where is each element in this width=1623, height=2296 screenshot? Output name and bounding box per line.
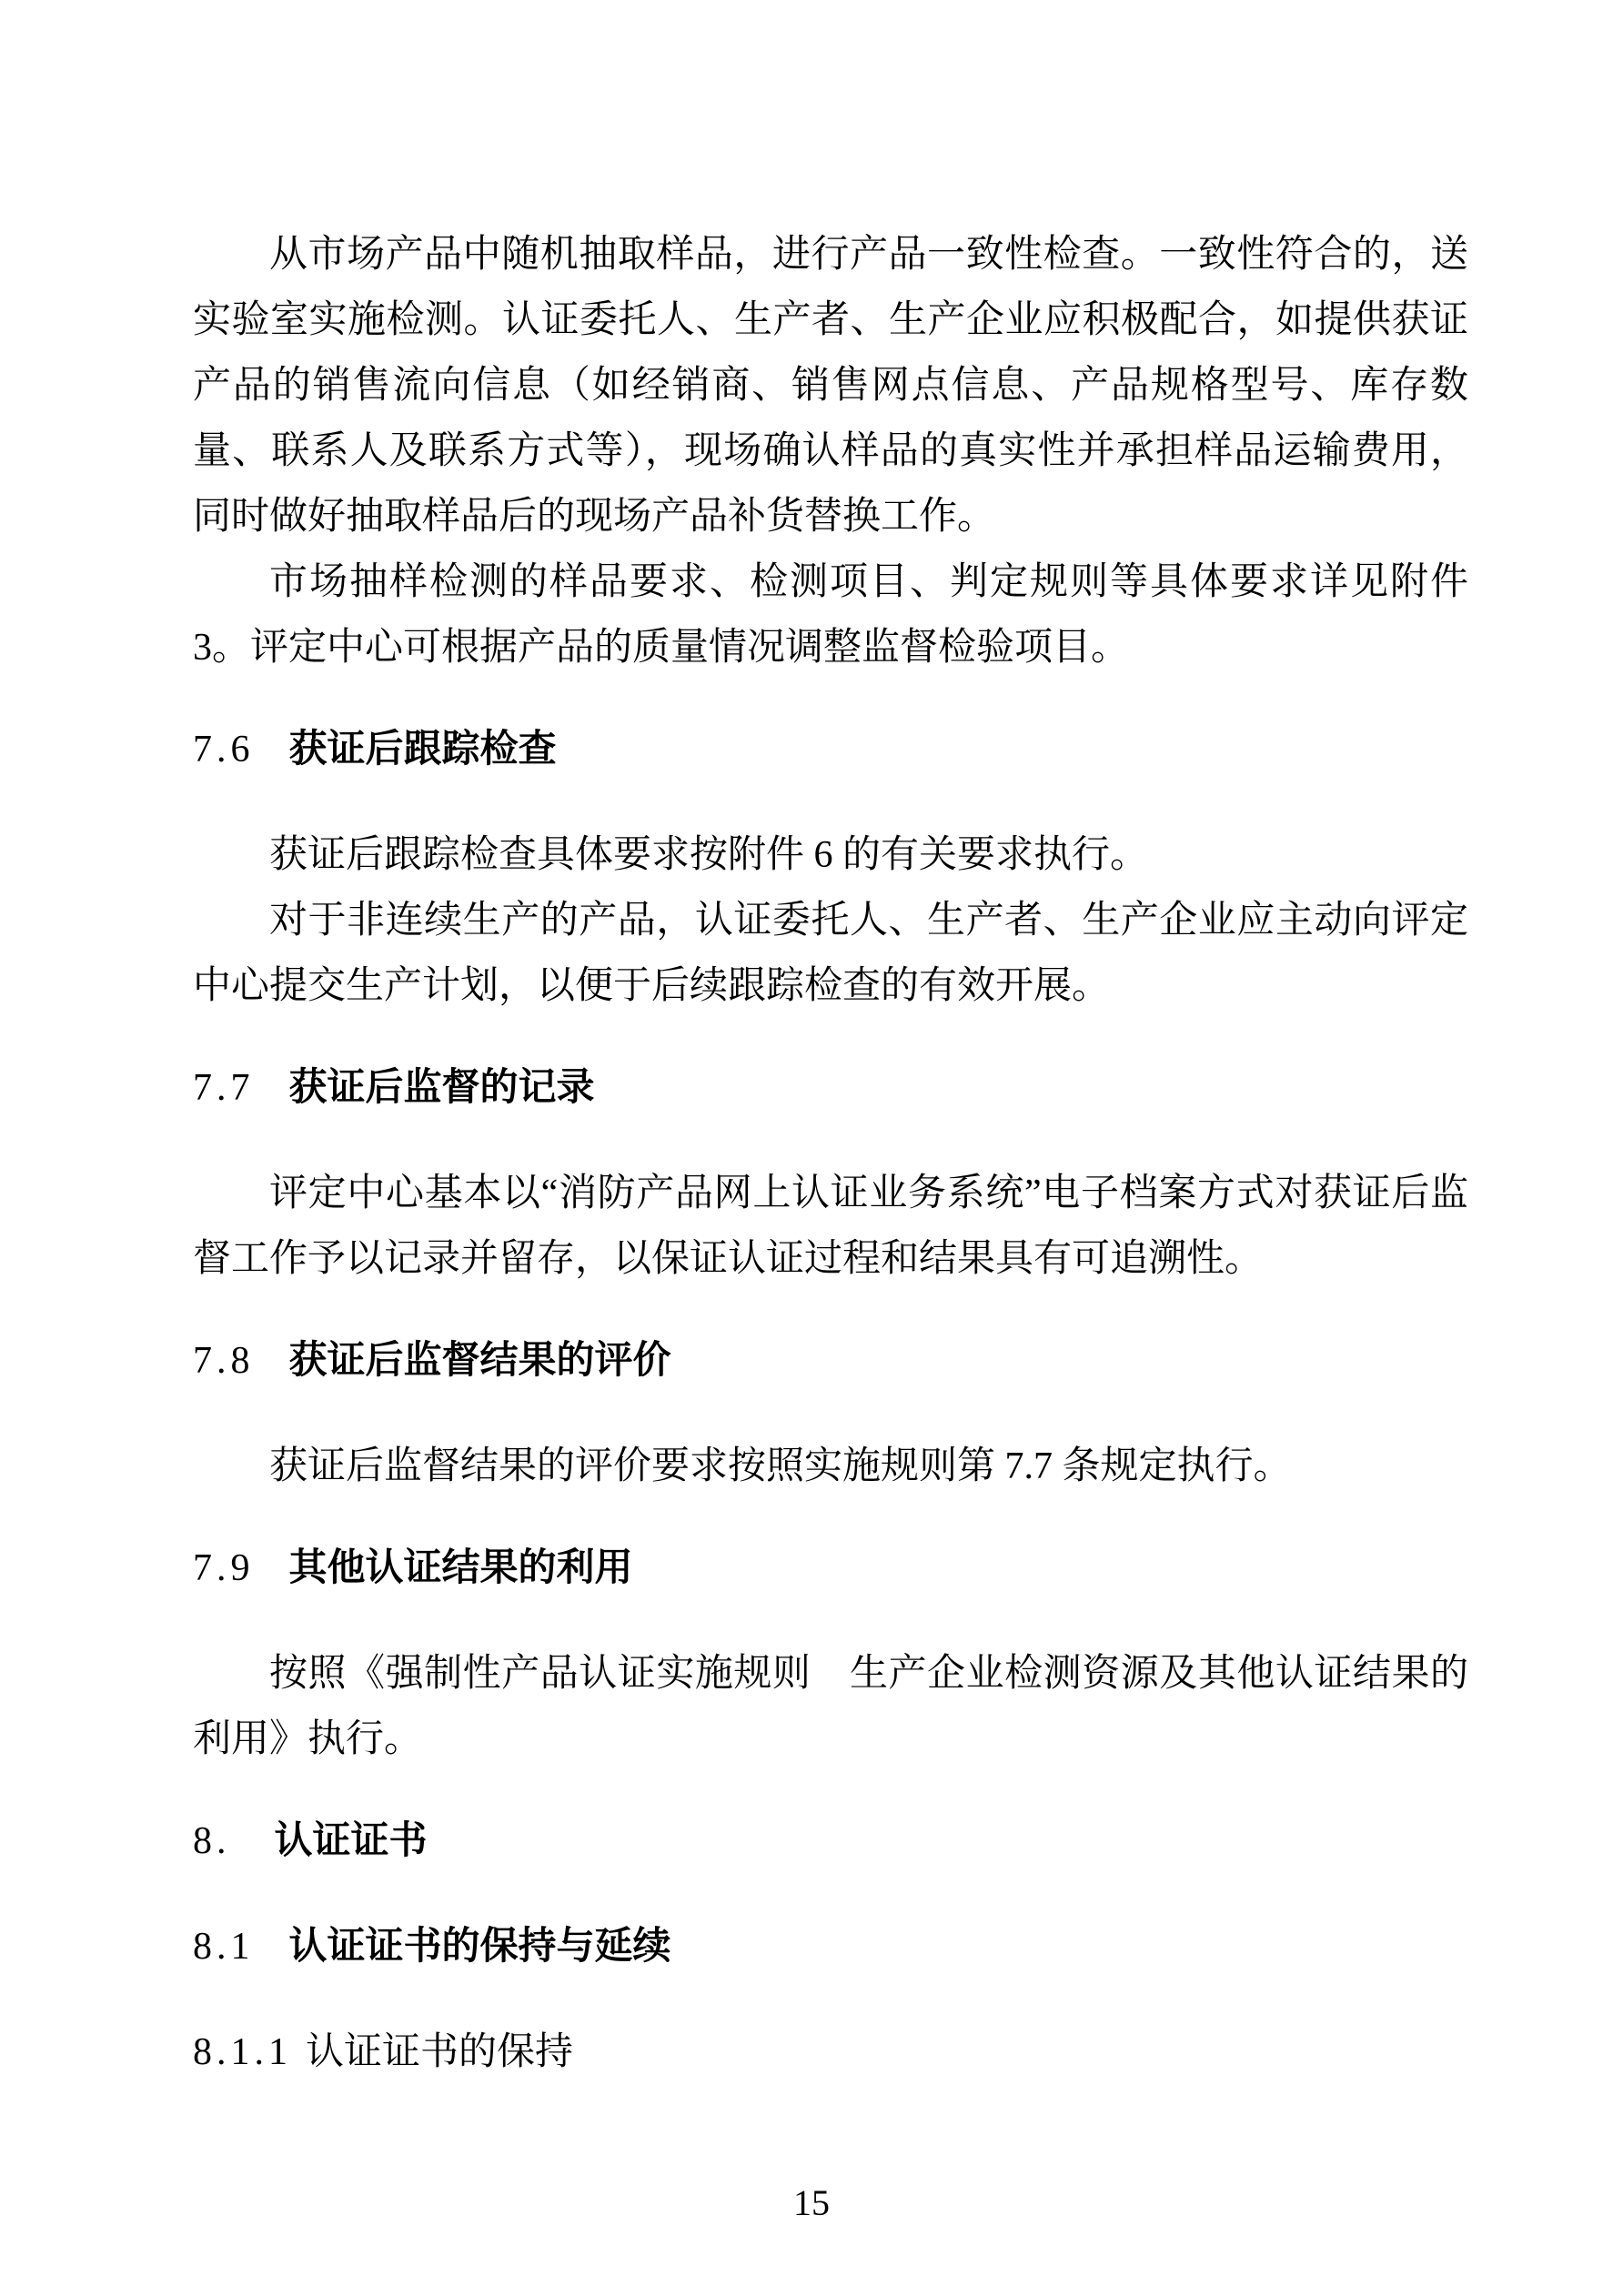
page-number: 15	[0, 2183, 1623, 2223]
heading-number: 7.7	[193, 1067, 255, 1109]
heading-text: 认证证书	[275, 1820, 428, 1862]
paragraph-tracking-inspection-requirements: 获证后跟踪检查具体要求按附件 6 的有关要求执行。	[193, 822, 1468, 888]
heading-number: 7.6	[193, 729, 255, 770]
paragraph-non-continuous-production: 对于非连续生产的产品，认证委托人、生产者、生产企业应主动向评定中心提交生产计划，…	[193, 888, 1468, 1019]
section-heading-7-8: 7.8获证后监督结果的评价	[193, 1328, 1468, 1394]
paragraph-market-sampling-procedure: 从市场产品中随机抽取样品，进行产品一致性检查。一致性符合的，送实验室实施检测。认…	[193, 222, 1468, 549]
heading-text: 认证证书的保持与延续	[289, 1926, 671, 1968]
paragraph-market-sampling-requirements: 市场抽样检测的样品要求、检测项目、判定规则等具体要求详见附件 3。评定中心可根据…	[193, 549, 1468, 680]
heading-number: 7.8	[193, 1340, 255, 1382]
paragraph-supervision-result-evaluation: 获证后监督结果的评价要求按照实施规则第 7.7 条规定执行。	[193, 1434, 1468, 1499]
document-page: 从市场产品中随机抽取样品，进行产品一致性检查。一致性符合的，送实验室实施检测。认…	[0, 0, 1623, 2296]
heading-text: 认证证书的保持	[306, 2031, 573, 2073]
section-heading-8-1: 8.1认证证书的保持与延续	[193, 1914, 1468, 1979]
paragraph-other-certification-results: 按照《强制性产品认证实施规则 生产企业检测资源及其他认证结果的利用》执行。	[193, 1641, 1468, 1772]
page-body: 从市场产品中随机抽取样品，进行产品一致性检查。一致性符合的，送实验室实施检测。认…	[193, 222, 1468, 2085]
section-heading-8: 8.认证证书	[193, 1808, 1468, 1874]
heading-number: 8.1	[193, 1926, 255, 1968]
section-heading-7-6: 7.6获证后跟踪检查	[193, 717, 1468, 782]
heading-text: 获证后监督结果的评价	[289, 1340, 671, 1382]
heading-text: 其他认证结果的利用	[289, 1547, 633, 1589]
heading-text: 获证后监督的记录	[289, 1067, 595, 1109]
heading-number: 7.9	[193, 1547, 255, 1589]
heading-text: 获证后跟踪检查	[289, 729, 557, 770]
section-heading-7-7: 7.7获证后监督的记录	[193, 1055, 1468, 1121]
paragraph-supervision-records: 评定中心基本以“消防产品网上认证业务系统”电子档案方式对获证后监督工作予以记录并…	[193, 1161, 1468, 1292]
section-heading-8-1-1: 8.1.1认证证书的保持	[193, 2019, 1468, 2085]
heading-number: 8.	[193, 1820, 231, 1862]
heading-number: 8.1.1	[193, 2031, 292, 2073]
section-heading-7-9: 7.9其他认证结果的利用	[193, 1536, 1468, 1601]
